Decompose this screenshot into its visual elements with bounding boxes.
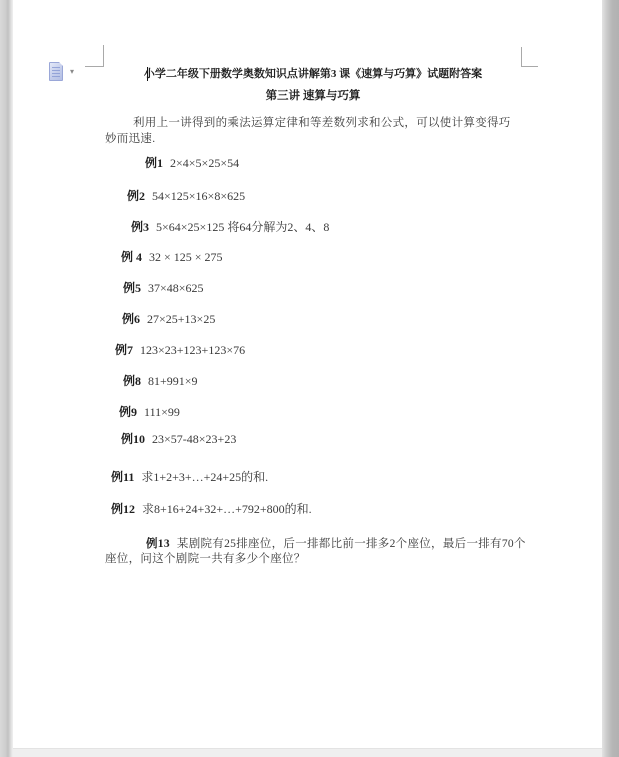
text-boundary-mark-top-right bbox=[521, 47, 538, 67]
text-boundary-mark-top-left bbox=[85, 45, 104, 67]
example-label: 例8 bbox=[123, 374, 141, 388]
intro-line-2: 妙而迅速. bbox=[105, 132, 155, 147]
example-expression: 2×4×5×25×54 bbox=[170, 156, 239, 170]
example-line-9: 例9111×99 bbox=[119, 405, 180, 420]
left-page-edge bbox=[0, 0, 13, 757]
doc-title: 小学二年级下册数学奥数知识点讲解第3 课《速算与巧算》试题附答案 bbox=[105, 67, 521, 81]
example-line-4: 例 432 × 125 × 275 bbox=[121, 250, 223, 265]
example-expression: 111×99 bbox=[144, 405, 180, 419]
page-fold-corner bbox=[59, 62, 63, 66]
example-expression: 37×48×625 bbox=[148, 281, 204, 295]
example-expression: 81+991×9 bbox=[148, 374, 198, 388]
example-expression: 54×125×16×8×625 bbox=[152, 189, 245, 203]
example-expression: 求8+16+24+32+…+792+800的和. bbox=[142, 502, 312, 516]
document-page[interactable] bbox=[13, 0, 602, 748]
example-line-5: 例537×48×625 bbox=[123, 281, 204, 296]
example-label: 例7 bbox=[115, 343, 133, 357]
example-expression: 32 × 125 × 275 bbox=[149, 250, 223, 264]
example-line-12: 例12求8+16+24+32+…+792+800的和. bbox=[111, 502, 312, 517]
example-label: 例11 bbox=[111, 470, 134, 484]
document-window: ▾ 小学二年级下册数学奥数知识点讲解第3 课《速算与巧算》试题附答案 第三讲 速… bbox=[0, 0, 619, 757]
intro-line-1: 利用上一讲得到的乘法运算定律和等差数列求和公式，可以使计算变得巧 bbox=[133, 116, 511, 131]
doc-subtitle: 第三讲 速算与巧算 bbox=[105, 89, 521, 103]
example-expression: 123×23+123+123×76 bbox=[140, 343, 245, 357]
example-line-3: 例35×64×25×125 将64分解为2、4、8 bbox=[131, 220, 329, 235]
example-label: 例 4 bbox=[121, 250, 142, 264]
example-expression: 23×57-48×23+23 bbox=[152, 432, 236, 446]
example-expression: 5×64×25×125 将64分解为2、4、8 bbox=[156, 220, 329, 234]
example-expression: 27×25+13×25 bbox=[147, 312, 215, 326]
example-expression: 求1+2+3+…+24+25的和. bbox=[141, 470, 268, 484]
example-label: 例5 bbox=[123, 281, 141, 295]
example-text: 座位，问这个剧院一共有多少个座位？ bbox=[105, 553, 306, 565]
chevron-down-icon[interactable]: ▾ bbox=[70, 67, 74, 77]
example-line-7: 例7123×23+123+123×76 bbox=[115, 343, 245, 358]
example-line-6: 例627×25+13×25 bbox=[122, 312, 215, 327]
example-text: 某剧院有25排座位，后一排都比前一排多2个座位，最后一排有70个 bbox=[177, 538, 526, 550]
example-line-8: 例881+991×9 bbox=[123, 374, 198, 389]
example-label: 例2 bbox=[127, 189, 145, 203]
page-bottom-gap bbox=[13, 748, 602, 757]
paste-options-button[interactable]: ▾ bbox=[47, 61, 79, 85]
example-label: 例12 bbox=[111, 502, 135, 516]
example-label: 例13 bbox=[146, 538, 170, 550]
example-line-10: 例1023×57-48×23+23 bbox=[121, 432, 236, 447]
right-page-edge bbox=[602, 0, 619, 757]
example-label: 例3 bbox=[131, 220, 149, 234]
example-13-line-2: 座位，问这个剧院一共有多少个座位？ bbox=[105, 552, 306, 567]
example-13-line-1: 例13某剧院有25排座位，后一排都比前一排多2个座位，最后一排有70个 bbox=[146, 537, 526, 552]
example-label: 例9 bbox=[119, 405, 137, 419]
example-label: 例6 bbox=[122, 312, 140, 326]
example-line-11: 例11求1+2+3+…+24+25的和. bbox=[111, 470, 268, 485]
example-line-1: 例12×4×5×25×54 bbox=[145, 156, 239, 171]
example-label: 例10 bbox=[121, 432, 145, 446]
clipboard-paste-icon bbox=[49, 62, 63, 81]
example-line-2: 例254×125×16×8×625 bbox=[127, 189, 245, 204]
example-label: 例1 bbox=[145, 156, 163, 170]
clipboard-paste-icon-lines bbox=[52, 67, 60, 77]
